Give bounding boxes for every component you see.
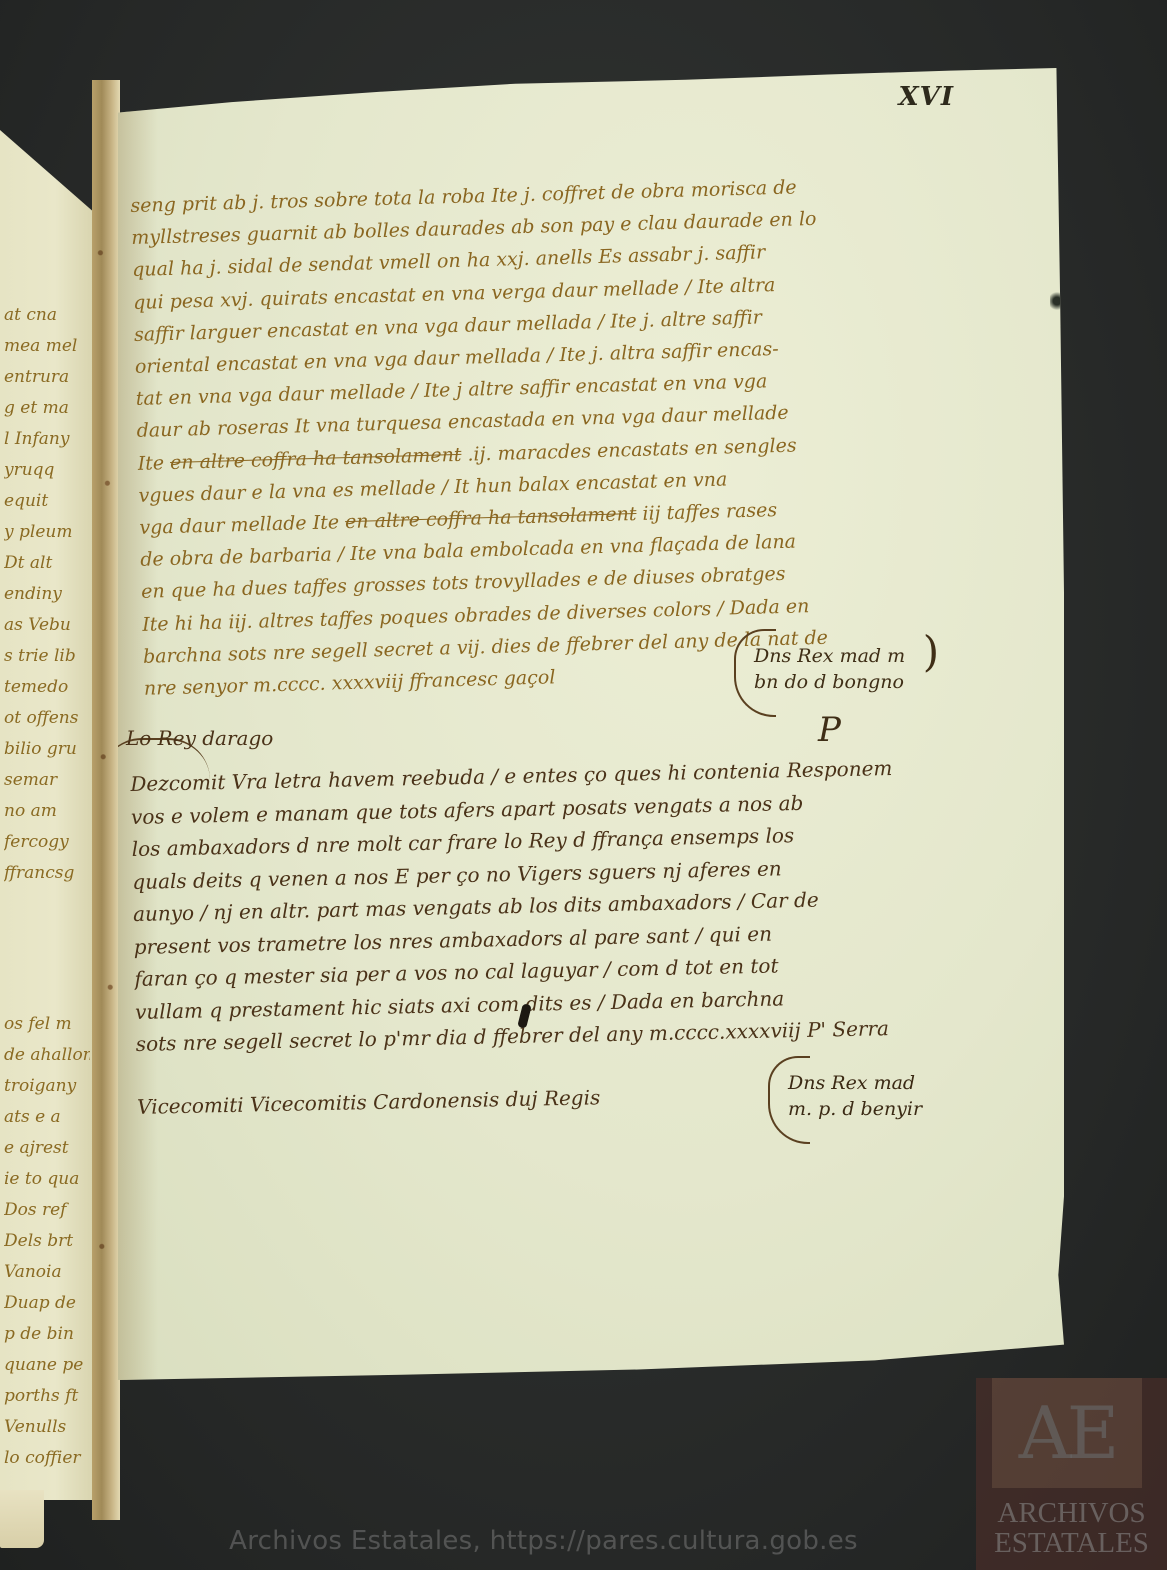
left-page-line: quane pe (4, 1350, 90, 1381)
left-page-line: equit (4, 486, 90, 517)
left-page-line: y pleum (4, 517, 90, 548)
left-page-line: lo coffier (4, 1443, 90, 1474)
left-page-line: l Infany (4, 424, 90, 455)
signature-line-1: Dns Rex mad m (754, 643, 905, 669)
left-page-line: ie to qua (4, 1164, 90, 1195)
logo-monogram: AE (992, 1378, 1142, 1488)
left-page-line: no am (4, 796, 90, 827)
signature-line-2: bn do d bongno (754, 669, 905, 695)
lower-letter-text: Dezcomit Vra letra havem reebuda / e ent… (130, 750, 977, 1123)
letter-address: Lo Rey darago (126, 726, 273, 750)
left-page-line: endiny (4, 579, 90, 610)
left-page-text: at cnamea melentrurag et mal Infanyyruqq… (4, 300, 90, 1474)
foxing-spots (92, 80, 120, 1520)
logo-line-1: ARCHIVOS (976, 1498, 1167, 1528)
manuscript-folio: XVI seng prit ab j. tros sobre tota la r… (118, 68, 1064, 1380)
signature-block-1: ) Dns Rex mad m bn do d bongno (754, 643, 905, 695)
binding-gutter (92, 80, 120, 1520)
left-page-line: fercogy (4, 827, 90, 858)
left-page-line: bilio gru (4, 734, 90, 765)
registration-mark: P (818, 710, 841, 750)
left-page-line: Vanoia (4, 1257, 90, 1288)
left-page-line (4, 889, 90, 1009)
folio-number: XVI (898, 82, 954, 112)
left-facing-page: at cnamea melentrurag et mal Infanyyruqq… (0, 130, 94, 1500)
left-page-line: e ajrest (4, 1133, 90, 1164)
signature-block-2: Dns Rex mad m. p. d benyir (788, 1070, 922, 1122)
left-page-line: Venulls (4, 1412, 90, 1443)
closing-bracket: ) (923, 639, 939, 665)
left-page-line: temedo (4, 672, 90, 703)
left-page-line: de ahallon (4, 1040, 90, 1071)
left-page-line: semar (4, 765, 90, 796)
left-page-line: at cna (4, 300, 90, 331)
signature-bracket (768, 1056, 810, 1144)
signature-bracket (734, 629, 776, 717)
upper-entry-text: seng prit ab j. tros sobre tota la roba … (130, 167, 984, 706)
left-page-line: ffrancsg (4, 858, 90, 889)
logo-line-2: ESTATALES (976, 1528, 1167, 1558)
left-page-line: Dos ref (4, 1195, 90, 1226)
left-page-line: ats e a (4, 1102, 90, 1133)
left-page-line: as Vebu (4, 610, 90, 641)
left-page-line: troigany (4, 1071, 90, 1102)
left-page-line: yruqq (4, 455, 90, 486)
watermark-text: Archivos Estatales, https://pares.cultur… (229, 1526, 858, 1556)
left-page-line: Duap de (4, 1288, 90, 1319)
struck-text: en altre coffra ha tansolament (345, 503, 637, 533)
left-page-line: entrura (4, 362, 90, 393)
left-page-line: porths ft (4, 1381, 90, 1412)
left-page-line: p de bin (4, 1319, 90, 1350)
left-page-line: os fel m (4, 1009, 90, 1040)
left-page-line: s trie lib (4, 641, 90, 672)
left-page-line: g et ma (4, 393, 90, 424)
left-page-line: mea mel (4, 331, 90, 362)
left-page-line: Dels brt (4, 1226, 90, 1257)
archivos-estatales-logo: AE ARCHIVOS ESTATALES (976, 1378, 1167, 1570)
left-page-line: Dt alt (4, 548, 90, 579)
struck-text: en altre coffra ha tansolament (170, 443, 462, 473)
left-page-line: ot offens (4, 703, 90, 734)
